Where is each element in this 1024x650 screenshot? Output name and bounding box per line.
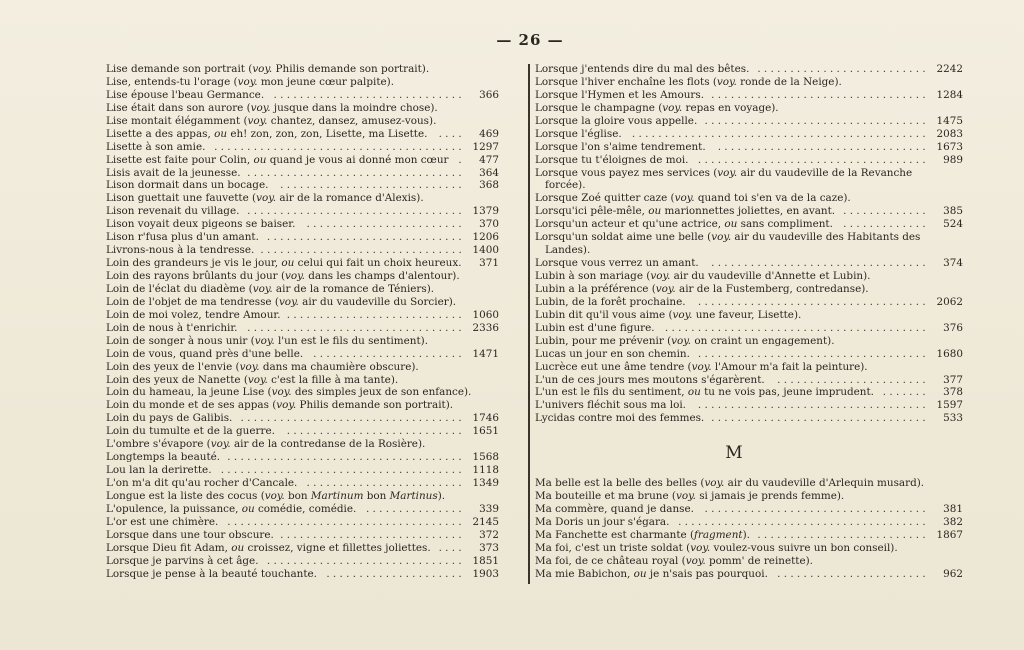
entry-title: Lorsque je parvins à cet âge. [106, 555, 259, 568]
index-entry: Ma Doris un jour s'égara................… [535, 516, 963, 529]
dot-leader: .............................. [265, 231, 465, 244]
entry-title: Lou lan la derirette. [106, 464, 212, 477]
entry-title: Ma mie Babichon, ou je n'sais pas pourqu… [535, 568, 768, 581]
dot-leader: ................................... [692, 399, 929, 412]
section-m: Ma belle est la belle des belles (voy. a… [535, 477, 963, 581]
entry-title: Lise épouse l'beau Germance. [106, 89, 264, 102]
entry-number: 366 [471, 89, 499, 102]
index-entry: Lorsque l'église........................… [535, 128, 963, 141]
dot-leader: .................................. [700, 503, 929, 516]
entry-title: Lorsque l'église. [535, 128, 622, 141]
entry-title: Lorsque le champagne (voy. repas en voya… [535, 102, 779, 115]
entry-title: Lison voyait deux pigeons se baiser. [106, 218, 295, 231]
index-entry: Loin de nous à t'enrichir...............… [106, 322, 499, 335]
entry-title: Longtemps la beauté. [106, 451, 220, 464]
dot-leader: ................................ [712, 141, 929, 154]
entry-number: 469 [471, 128, 499, 141]
entry-title: Lorsque vous payez mes services (voy. ai… [535, 167, 940, 193]
entry-number: 533 [935, 412, 963, 425]
dot-leader: ................................. [245, 205, 465, 218]
index-entry: Lison voyait deux pigeons se baiser.....… [106, 218, 499, 231]
index-entry: Lorsqu'un acteur et qu'une actrice, ou s… [535, 218, 963, 231]
index-entry: Loin de songer à nous unir (voy. l'un es… [106, 335, 499, 348]
entry-title: Loin de l'objet de ma tendresse (voy. ai… [106, 296, 456, 309]
index-entry: Lorsque j'entends dire du mal des bêtes.… [535, 63, 963, 76]
entry-title: Loin des grandeurs je vis le jour, ou ce… [106, 257, 462, 270]
index-entry: Livrons-nous à la tendresse.............… [106, 244, 499, 257]
index-entry: Lycidas contre moi des femmes...........… [535, 412, 963, 425]
entry-title: Lorsque Zoé quitter caze (voy. quand toi… [535, 192, 851, 205]
entry-number: 2083 [935, 128, 963, 141]
entry-title: Livrons-nous à la tendresse. [106, 244, 254, 257]
index-entry: Loin des yeux de Nanette (voy. c'est la … [106, 374, 499, 387]
entry-title: L'un de ces jours mes moutons s'égarèren… [535, 374, 765, 387]
index-entry: Lorsque l'hiver enchaîne les flots (voy.… [535, 76, 963, 89]
entry-title: L'univers fléchit sous ma loi. [535, 399, 686, 412]
entry-title: Ma foi, c'est un triste soldat (voy. vou… [535, 542, 898, 555]
dot-leader: ..................... [323, 568, 465, 581]
dot-leader: ................................. [247, 167, 465, 180]
entry-number: 1400 [471, 244, 499, 257]
index-entry: Lorsque je parvins à cet âge............… [106, 555, 499, 568]
entry-title: Lucrèce eut une âme tendre (voy. l'Amour… [535, 361, 868, 374]
index-entry: Loin des yeux de l'envie (voy. dans ma c… [106, 361, 499, 374]
entry-number: 1651 [471, 425, 499, 438]
dot-leader: ................................... [694, 154, 929, 167]
index-entry: Lise épouse l'beau Germance.............… [106, 89, 499, 102]
entry-title: Loin de vous, quand près d'une belle. [106, 348, 303, 361]
entry-title: Loin de nous à t'enrichir. [106, 322, 237, 335]
index-entry: Ma Fanchette est charmante (fragment)...… [535, 529, 963, 542]
entry-number: 1680 [935, 348, 963, 361]
entry-title: Loin du hameau, la jeune Lise (voy. des … [106, 386, 471, 399]
dot-leader: ........................................… [628, 128, 929, 141]
entry-number: 370 [471, 218, 499, 231]
dot-leader: ....................... [309, 348, 465, 361]
index-entry: Loin du tumulte et de la guerre.........… [106, 425, 499, 438]
index-entry: Lisette est faite pour Colin, ou quand j… [106, 154, 499, 167]
dot-leader: ............................ [280, 529, 465, 542]
entry-number: 374 [935, 257, 963, 270]
index-entry: Lubin est d'une figure..................… [535, 322, 963, 335]
entry-title: Lucas un jour en son chemin. [535, 348, 690, 361]
dot-leader: ............................. [270, 89, 465, 102]
entry-number: 1118 [471, 464, 499, 477]
entry-number: 377 [935, 374, 963, 387]
entry-title: Lorsque vous verrez un amant. [535, 257, 699, 270]
entry-title: Loin de moi volez, tendre Amour. [106, 309, 281, 322]
entry-number: 1867 [935, 529, 963, 542]
entry-title: Lorsque la gloire vous appelle. [535, 115, 697, 128]
dot-leader: ............................ [274, 179, 465, 192]
dot-leader: .................................. [703, 115, 929, 128]
entry-title: Loin des yeux de l'envie (voy. dans ma c… [106, 361, 419, 374]
entry-title: Loin de l'éclat du diadème (voy. air de … [106, 283, 434, 296]
index-entry: Lubin dit qu'il vous aime (voy. une fave… [535, 309, 963, 322]
entry-title: L'opulence, la puissance, ou comédie, co… [106, 503, 356, 516]
entry-number: 477 [471, 154, 499, 167]
entry-number: 2242 [935, 63, 963, 76]
index-entry: Loin de vous, quand près d'une belle....… [106, 348, 499, 361]
entry-number: 364 [471, 167, 499, 180]
entry-title: Lorsqu'un soldat aime une belle (voy. ai… [535, 231, 940, 257]
index-entry: Ma bouteille et ma brune (voy. si jamais… [535, 490, 963, 503]
index-entry: Lorsqu'ici pêle-mêle, ou marionnettes jo… [535, 205, 963, 218]
index-entry: L'opulence, la puissance, ou comédie, co… [106, 503, 499, 516]
index-entry: Lison guettait une fauvette (voy. air de… [106, 192, 499, 205]
entry-number: 2336 [471, 322, 499, 335]
index-entry: Loin du pays de Galibis.................… [106, 412, 499, 425]
entry-title-continuation: Landes). [535, 244, 940, 257]
entry-title: Lisette a des appas, ou eh! zon, zon, zo… [106, 128, 427, 141]
entry-title: Lisette à son amie. [106, 141, 205, 154]
index-entry: Longue est la liste des cocus (voy. bon … [106, 490, 499, 503]
entry-title: Loin de songer à nous unir (voy. l'un es… [106, 335, 428, 348]
index-entry: Lorsque vous payez mes services (voy. ai… [535, 167, 963, 193]
index-entry: Lise montait élégamment (voy. chantez, d… [106, 115, 499, 128]
index-entry: Longtemps la beauté.....................… [106, 451, 499, 464]
dot-leader: .............................. [265, 555, 465, 568]
entry-title: Loin du monde et de ses appas (voy. Phil… [106, 399, 453, 412]
index-entry: Loin des rayons brûlants du jour (voy. d… [106, 270, 499, 283]
dot-leader: .................................... [224, 516, 465, 529]
index-entry: Lorsque l'on s'aime tendrement..........… [535, 141, 963, 154]
dot-leader: ................................. [705, 257, 929, 270]
entry-title: L'on m'a dit qu'au rocher d'Cancale. [106, 477, 297, 490]
entry-title: Lycidas contre moi des femmes. [535, 412, 704, 425]
entry-title: Lubin dit qu'il vous aime (voy. une fave… [535, 309, 801, 322]
entry-title: Lorsque je pense à la beauté touchante. [106, 568, 317, 581]
index-entry: Lorsque tu t'éloignes de moi............… [535, 154, 963, 167]
entry-number: 339 [471, 503, 499, 516]
entry-title: Lubin, de la forêt prochaine. [535, 296, 686, 309]
entry-title: Lorsque l'on s'aime tendrement. [535, 141, 706, 154]
entry-title: Loin des yeux de Nanette (voy. c'est la … [106, 374, 398, 387]
entry-number: 381 [935, 503, 963, 516]
entry-title: Lubin a la préférence (voy. air de la Fu… [535, 283, 869, 296]
entry-title: Lubin est d'une figure. [535, 322, 655, 335]
entry-title: Ma Doris un jour s'égara. [535, 516, 669, 529]
index-entry: Lorsqu'un soldat aime une belle (voy. ai… [535, 231, 963, 257]
dot-leader: ........................ [303, 477, 465, 490]
entry-title: Lorsque j'entends dire du mal des bêtes. [535, 63, 749, 76]
dot-leader: ........................... [287, 309, 465, 322]
index-entry: Ma mie Babichon, ou je n'sais pas pourqu… [535, 568, 963, 581]
index-entry: Lise demande son portrait (voy. Philis d… [106, 63, 499, 76]
dot-leader: ................................. [710, 89, 929, 102]
entry-number: 1060 [471, 309, 499, 322]
entry-title: L'ombre s'évapore (voy. air de la contre… [106, 438, 425, 451]
dot-leader: ........................ [301, 218, 465, 231]
entry-title: Lisis avait de la jeunesse. [106, 167, 241, 180]
entry-title: Lorsqu'ici pêle-mêle, ou marionnettes jo… [535, 205, 835, 218]
entry-number: 1471 [471, 348, 499, 361]
dot-leader: ........................................ [661, 322, 929, 335]
index-entry: Loin des grandeurs je vis le jour, ou ce… [106, 257, 499, 270]
index-entry: Ma belle est la belle des belles (voy. a… [535, 477, 963, 490]
index-entry: Ma commère, quand je danse..............… [535, 503, 963, 516]
entry-number: 1475 [935, 115, 963, 128]
index-entry: Lorsque l'Hymen et les Amours...........… [535, 89, 963, 102]
entry-number: 385 [935, 205, 963, 218]
dot-leader: ..................................... [218, 464, 466, 477]
dot-leader: ................................. [710, 412, 929, 425]
entry-title: Lubin, pour me prévenir (voy. on craint … [535, 335, 835, 348]
index-entry: L'on m'a dit qu'au rocher d'Cancale.....… [106, 477, 499, 490]
dot-leader: ................................... [696, 348, 929, 361]
index-entry: Loin de l'objet de ma tendresse (voy. ai… [106, 296, 499, 309]
index-entry: Lou lan la derirette....................… [106, 464, 499, 477]
index-entry: Lorsque vous verrez un amant............… [535, 257, 963, 270]
entry-number: 962 [935, 568, 963, 581]
column-divider [528, 64, 530, 584]
entry-title: Lorsque l'hiver enchaîne les flots (voy.… [535, 76, 842, 89]
dot-leader: ....... [880, 386, 929, 399]
entry-number: 1597 [935, 399, 963, 412]
entry-title: Lise, entends-tu l'orage (voy. mon jeune… [106, 76, 394, 89]
dot-leader: ............................... [260, 244, 465, 257]
dot-leader: ...................................... [675, 516, 929, 529]
entry-title: Lorsqu'un acteur et qu'une actrice, ou s… [535, 218, 833, 231]
entry-number: 1673 [935, 141, 963, 154]
entry-number: 372 [471, 529, 499, 542]
entry-number: 2145 [471, 516, 499, 529]
entry-number: 371 [471, 257, 499, 270]
dot-leader: .......................... [756, 529, 929, 542]
entry-number: 1746 [471, 412, 499, 425]
index-entry: Lise, entends-tu l'orage (voy. mon jeune… [106, 76, 499, 89]
index-entry: Lorsque Dieu fit Adam, ou croissez, vign… [106, 542, 499, 555]
entry-number: 1284 [935, 89, 963, 102]
index-entry: Lison revenait du village...............… [106, 205, 499, 218]
entry-title: Ma bouteille et ma brune (voy. si jamais… [535, 490, 844, 503]
entry-number: 1297 [471, 141, 499, 154]
entry-title: Ma belle est la belle des belles (voy. a… [535, 477, 924, 490]
entry-title: Lison guettait une fauvette (voy. air de… [106, 192, 424, 205]
entry-title: Lise montait élégamment (voy. chantez, d… [106, 115, 436, 128]
index-entry: Lubin, pour me prévenir (voy. on craint … [535, 335, 963, 348]
entry-title: Lise demande son portrait (voy. Philis d… [106, 63, 429, 76]
index-entry: Lorsque la gloire vous appelle..........… [535, 115, 963, 128]
entry-number: 1851 [471, 555, 499, 568]
dot-leader: ...................................... [211, 141, 465, 154]
entry-title: Lorsque dans une tour obscure. [106, 529, 274, 542]
entry-title: Lorsque l'Hymen et les Amours. [535, 89, 704, 102]
section-l-continued: Lorsque j'entends dire du mal des bêtes.… [535, 63, 963, 425]
index-entry: Lison dormait dans un bocage............… [106, 179, 499, 192]
right-column: Lorsque j'entends dire du mal des bêtes.… [535, 63, 963, 581]
index-entry: Loin de moi volez, tendre Amour.........… [106, 309, 499, 322]
entry-number: 989 [935, 154, 963, 167]
index-entry: L'univers fléchit sous ma loi...........… [535, 399, 963, 412]
index-entry: Loin du hameau, la jeune Lise (voy. des … [106, 386, 499, 399]
entry-number: 1206 [471, 231, 499, 244]
entry-title: Lorsque tu t'éloignes de moi. [535, 154, 688, 167]
dot-leader: ....................... [771, 374, 929, 387]
index-entry: Ma foi, de ce château royal (voy. pomm' … [535, 555, 963, 568]
index-entry: Lorsque dans une tour obscure...........… [106, 529, 499, 542]
entry-number: 368 [471, 179, 499, 192]
dot-leader: ............. [841, 205, 929, 218]
dot-leader: ....................... [774, 568, 929, 581]
entry-title: Longue est la liste des cocus (voy. bon … [106, 490, 445, 503]
entry-title: Lisette est faite pour Colin, ou quand j… [106, 154, 448, 167]
entry-number: 1379 [471, 205, 499, 218]
entry-title: Lison dormait dans un bocage. [106, 179, 268, 192]
dot-leader: ............... [362, 503, 465, 516]
entry-title: Lison r'fusa plus d'un amant. [106, 231, 259, 244]
dot-leader: . [454, 154, 465, 167]
index-entry: Loin de l'éclat du diadème (voy. air de … [106, 283, 499, 296]
entry-title: Ma commère, quand je danse. [535, 503, 694, 516]
entry-title: L'un est le fils du sentiment, ou tu ne … [535, 386, 874, 399]
entry-title: Loin des rayons brûlants du jour (voy. d… [106, 270, 460, 283]
dot-leader: .... [433, 128, 465, 141]
dot-leader: .... [437, 542, 465, 555]
index-entry: Lorsque je pense à la beauté touchante..… [106, 568, 499, 581]
index-entry: Ma foi, c'est un triste soldat (voy. vou… [535, 542, 963, 555]
index-page: — 26 — Lise demande son portrait (voy. P… [0, 0, 1024, 650]
entry-number: 1349 [471, 477, 499, 490]
index-entry: L'ombre s'évapore (voy. air de la contre… [106, 438, 499, 451]
dot-leader: ........................... [281, 425, 465, 438]
index-entry: Lisette a des appas, ou eh! zon, zon, zo… [106, 128, 499, 141]
entry-number: 382 [935, 516, 963, 529]
entry-number: 378 [935, 386, 963, 399]
index-entry: L'un est le fils du sentiment, ou tu ne … [535, 386, 963, 399]
entry-title: Lorsque Dieu fit Adam, ou croissez, vign… [106, 542, 431, 555]
dot-leader: .................................... [226, 451, 465, 464]
index-entry: Lubin a la préférence (voy. air de la Fu… [535, 283, 963, 296]
dot-leader: ............. [839, 218, 929, 231]
entry-number: 524 [935, 218, 963, 231]
index-entry: Lison r'fusa plus d'un amant............… [106, 231, 499, 244]
entry-number: 373 [471, 542, 499, 555]
dot-leader: .......................... [755, 63, 929, 76]
dot-leader: ................................... [692, 296, 929, 309]
index-entry: Lisis avait de la jeunesse..............… [106, 167, 499, 180]
index-entry: Lubin, de la forêt prochaine............… [535, 296, 963, 309]
dot-leader: .................................. [238, 412, 465, 425]
index-entry: L'un de ces jours mes moutons s'égarèren… [535, 374, 963, 387]
index-entry: Lucas un jour en son chemin.............… [535, 348, 963, 361]
dot-leader: ................................. [243, 322, 465, 335]
index-entry: Lise était dans son aurore (voy. jusque … [106, 102, 499, 115]
index-entry: Lubin à son mariage (voy. air du vaudevi… [535, 270, 963, 283]
entry-number: 2062 [935, 296, 963, 309]
left-column: Lise demande son portrait (voy. Philis d… [106, 63, 499, 581]
index-entry: Lisette à son amie......................… [106, 141, 499, 154]
entry-title: Lise était dans son aurore (voy. jusque … [106, 102, 438, 115]
index-entry: Lorsque le champagne (voy. repas en voya… [535, 102, 963, 115]
entry-number: 1568 [471, 451, 499, 464]
index-entry: Lorsque Zoé quitter caze (voy. quand toi… [535, 192, 963, 205]
entry-title: Loin du pays de Galibis. [106, 412, 232, 425]
index-entry: Loin du monde et de ses appas (voy. Phil… [106, 399, 499, 412]
index-entry: L'or est une chimère....................… [106, 516, 499, 529]
entry-title: Ma foi, de ce château royal (voy. pomm' … [535, 555, 813, 568]
section-letter-heading: M [535, 425, 963, 477]
page-number: — 26 — [0, 31, 1024, 49]
entry-number: 376 [935, 322, 963, 335]
index-entry: Lucrèce eut une âme tendre (voy. l'Amour… [535, 361, 963, 374]
entry-number: 1903 [471, 568, 499, 581]
entry-title: Ma Fanchette est charmante (fragment). [535, 529, 750, 542]
entry-title-continuation: forcée). [535, 179, 940, 192]
entry-title: L'or est une chimère. [106, 516, 218, 529]
entry-title: Loin du tumulte et de la guerre. [106, 425, 275, 438]
entry-title: Lison revenait du village. [106, 205, 239, 218]
entry-title: Lubin à son mariage (voy. air du vaudevi… [535, 270, 870, 283]
